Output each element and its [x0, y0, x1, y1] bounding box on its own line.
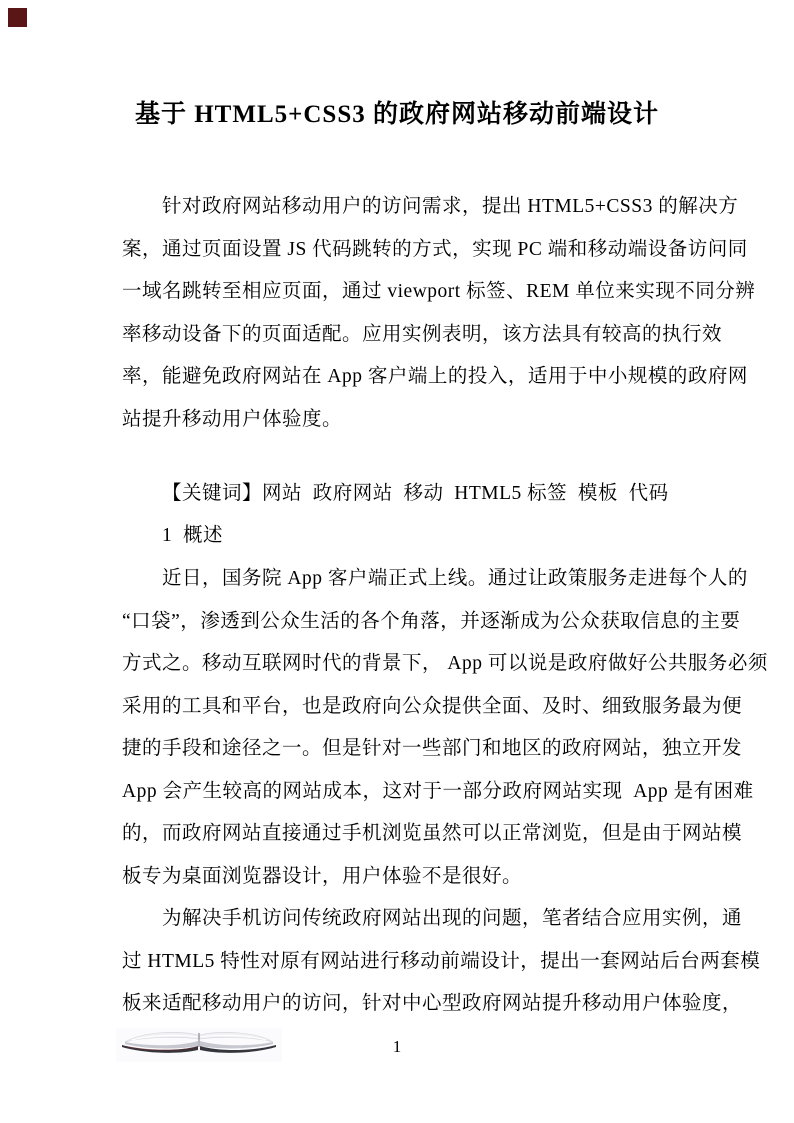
document-page: 基于 HTML5+CSS3 的政府网站移动前端设计 针对政府网站移动用户的访问需… — [0, 0, 794, 1123]
body-paragraph-2: 为解决手机访问传统政府网站出现的问题，笔者结合应用实例，通过 HTML5 特性对… — [122, 898, 682, 1026]
page-number: 1 — [0, 1034, 794, 1060]
text-line: 一域名跳转至相应页面，通过 viewport 标签、REM 单位来实现不同分辨 — [122, 271, 682, 314]
section-heading: 1 概述 — [122, 515, 682, 558]
text-line: 板专为桌面浏览器设计，用户体验不是很好。 — [122, 856, 682, 899]
text-line: 采用的工具和平台，也是政府向公众提供全面、及时、细致服务最为便 — [122, 686, 682, 729]
text-line: 为解决手机访问传统政府网站出现的问题，笔者结合应用实例，通 — [122, 898, 682, 941]
text-line: 率，能避免政府网站在 App 客户端上的投入，适用于中小规模的政府网 — [122, 356, 682, 399]
text-line: 近日，国务院 App 客户端正式上线。通过让政策服务走进每个人的 — [122, 558, 682, 601]
text-line: 针对政府网站移动用户的访问需求，提出 HTML5+CSS3 的解决方 — [122, 186, 682, 229]
text-line: 率移动设备下的页面适配。应用实例表明，该方法具有较高的执行效 — [122, 314, 682, 357]
text-line: 案，通过页面设置 JS 代码跳转的方式，实现 PC 端和移动端设备访问同 — [122, 229, 682, 272]
body-paragraph-1: 近日，国务院 App 客户端正式上线。通过让政策服务走进每个人的“口袋”，渗透到… — [122, 558, 682, 898]
text-line: 站提升移动用户体验度。 — [122, 399, 682, 442]
text-line: App 会产生较高的网站成本，这对于一部分政府网站实现 App 是有困难 — [122, 771, 682, 814]
text-line: 过 HTML5 特性对原有网站进行移动前端设计，提出一套网站后台两套模 — [122, 941, 682, 984]
page-title: 基于 HTML5+CSS3 的政府网站移动前端设计 — [0, 94, 794, 130]
abstract-paragraph: 针对政府网站移动用户的访问需求，提出 HTML5+CSS3 的解决方案，通过页面… — [122, 186, 682, 441]
text-line: 捷的手段和途径之一。但是针对一些部门和地区的政府网站，独立开发 — [122, 728, 682, 771]
section-heading-text: 1 概述 — [122, 515, 682, 558]
keywords-line: 【关键词】网站 政府网站 移动 HTML5 标签 模板 代码 — [122, 473, 682, 516]
keywords-text: 【关键词】网站 政府网站 移动 HTML5 标签 模板 代码 — [122, 473, 682, 516]
corner-marker — [8, 8, 27, 27]
text-line: 板来适配移动用户的访问，针对中心型政府网站提升移动用户体验度， — [122, 983, 682, 1026]
text-line: “口袋”，渗透到公众生活的各个角落，并逐渐成为公众获取信息的主要 — [122, 601, 682, 644]
text-line: 方式之。移动互联网时代的背景下， App 可以说是政府做好公共服务必须 — [122, 643, 682, 686]
text-line: 的，而政府网站直接通过手机浏览虽然可以正常浏览，但是由于网站模 — [122, 813, 682, 856]
